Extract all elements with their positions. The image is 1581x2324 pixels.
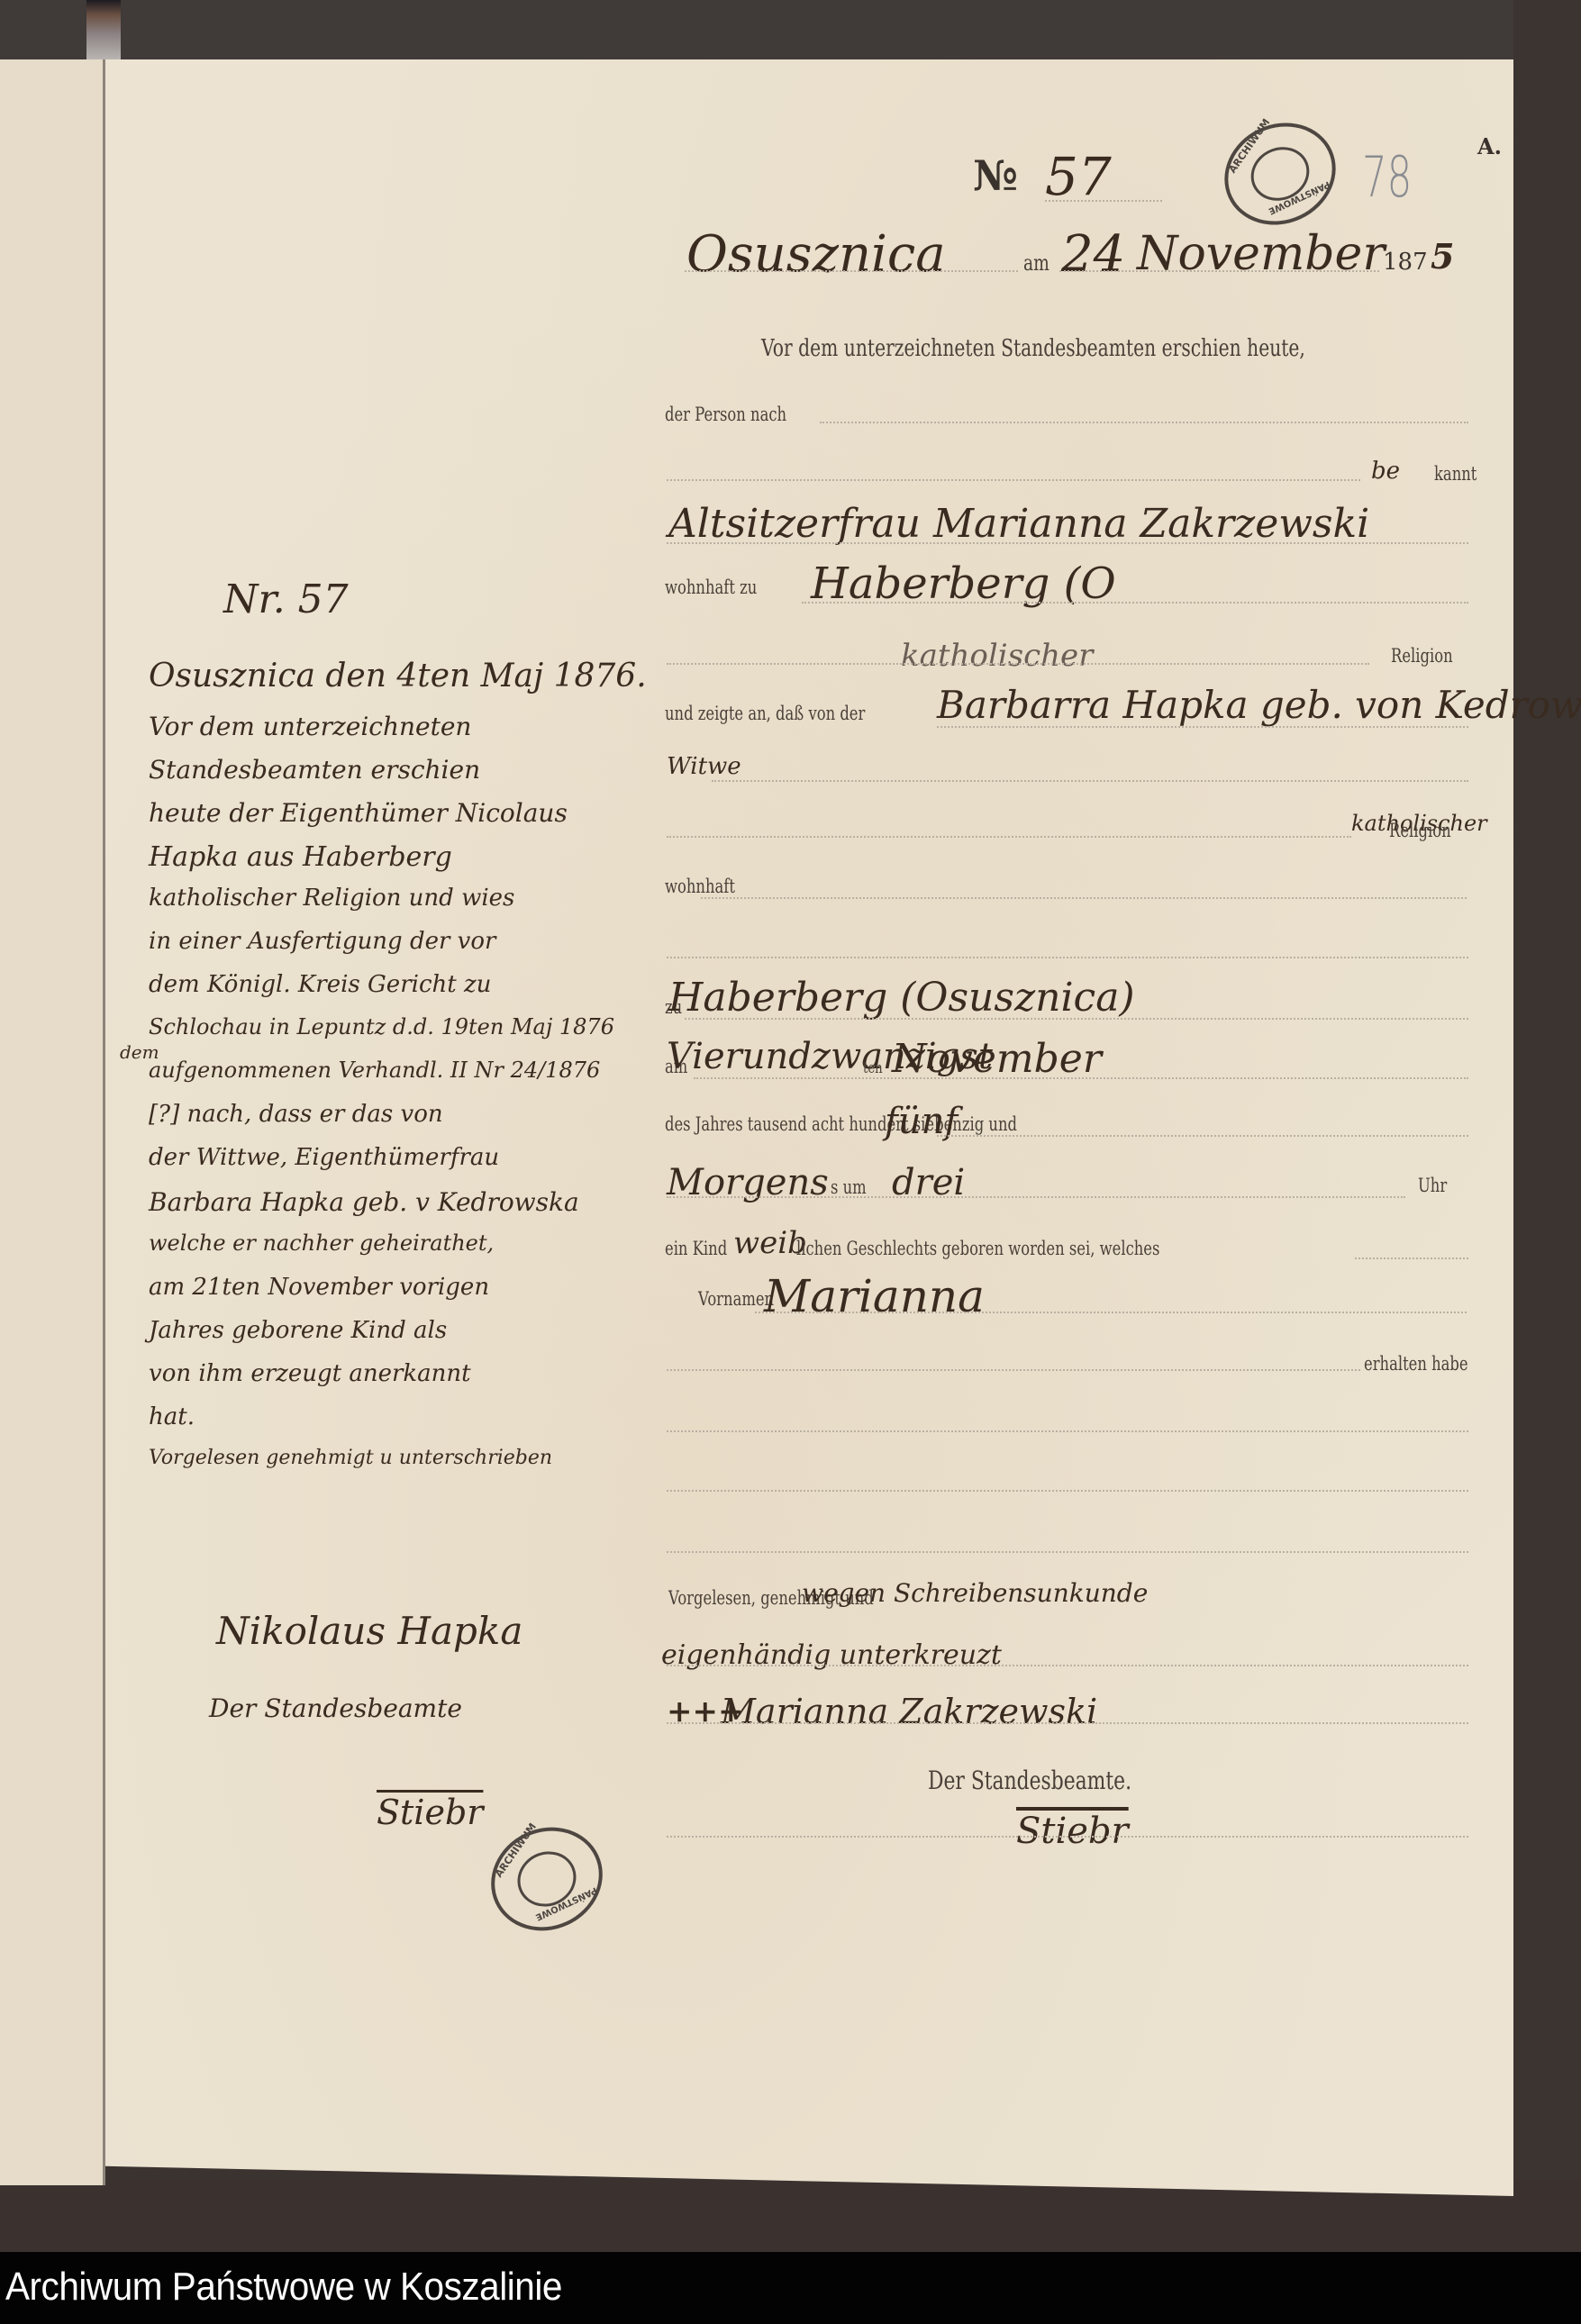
- margin-line: Standesbeamten erschien: [149, 755, 653, 798]
- religion-line: [667, 663, 1369, 665]
- date-month-field: November: [1137, 227, 1385, 281]
- received-label: erhalten habe: [1364, 1353, 1468, 1375]
- form-letter: A.: [1477, 133, 1502, 159]
- ten-label: ten: [863, 1059, 883, 1077]
- birthplace-field: Haberberg (Osusznica): [668, 975, 1135, 1021]
- date-day-field: 24: [1061, 225, 1125, 284]
- blank-line-3: [667, 1551, 1468, 1553]
- place-field: Osusznica: [686, 225, 946, 284]
- record-number-line: [1045, 200, 1162, 202]
- margin-line: in einer Ausfertigung der vor: [149, 928, 653, 971]
- known-field: be: [1371, 458, 1400, 485]
- margin-line: der Wittwe, Eigenthümerfrau: [149, 1144, 653, 1187]
- year-prefix: 187: [1383, 249, 1428, 276]
- religion-field: katholischer: [901, 638, 1093, 674]
- margin-line: Jahres geborene Kind als: [149, 1317, 653, 1360]
- year-line: [937, 1135, 1468, 1137]
- resident-line: [802, 602, 1468, 604]
- margin-line: Vorgelesen genehmigt u unterschrieben: [149, 1447, 653, 1490]
- name-label: Vornamen: [698, 1288, 774, 1310]
- margin-line: Barbara Hapka geb. v Kedrowska: [149, 1187, 653, 1230]
- signature-line: [667, 1722, 1468, 1724]
- margin-line: am 21ten November vorigen: [149, 1274, 653, 1317]
- margin-record-number: Nr. 57: [223, 576, 349, 622]
- margin-line: katholischer Religion und wies: [149, 885, 653, 928]
- place-line: [685, 270, 1018, 272]
- child-label-2: lichen Geschlechts geboren worden sei, w…: [796, 1238, 1159, 1259]
- mother-status-line: [712, 780, 1468, 782]
- date-line: [1059, 270, 1379, 272]
- intro-text: Vor dem unterzeichneten Standesbeamten e…: [761, 335, 1305, 362]
- known-label: kannt: [1434, 463, 1477, 485]
- book-spine: [86, 0, 121, 59]
- record-number: 57: [1045, 146, 1112, 207]
- religion-label: Religion: [1391, 645, 1453, 667]
- reported-label: und zeigte an, daß von der: [665, 703, 865, 724]
- informant-field: Altsitzerfrau Marianna Zakrzewski: [668, 501, 1369, 547]
- registrar-signature: Stiebr: [1016, 1811, 1129, 1852]
- blank-line-1: [667, 1430, 1468, 1432]
- archive-page-number: 78: [1362, 144, 1412, 210]
- margin-registrar-signature: Stiebr: [377, 1793, 483, 1832]
- scan-frame-top: [0, 0, 1581, 59]
- received-line: [667, 1369, 1360, 1371]
- uhr-label: Uhr: [1418, 1175, 1447, 1196]
- margin-line: [?] nach, dass er das von: [149, 1101, 653, 1144]
- margin-line: Hapka aus Haberberg: [149, 841, 653, 885]
- religion2-label: Religion: [1389, 820, 1451, 841]
- known-line: [667, 479, 1360, 481]
- margin-line: welche er nachher geheirathet,: [149, 1230, 653, 1274]
- birth-month-field: November: [892, 1036, 1102, 1082]
- informant-line: [667, 542, 1468, 544]
- s-um-label: s um: [831, 1176, 867, 1198]
- margin-line: hat.: [149, 1403, 653, 1447]
- margin-line: Vor dem unterzeichneten: [149, 712, 653, 755]
- archive-caption: Archiwum Państwowe w Koszalinie: [5, 2265, 562, 2310]
- mother-status-field: Witwe: [667, 753, 741, 780]
- registrar-line: [667, 1836, 1468, 1838]
- mother-field: Barbarra Hapka geb. von Kedrowska: [937, 683, 1581, 727]
- resident2-label: wohnhaft: [665, 876, 735, 897]
- record-number-label: №: [973, 151, 1018, 200]
- time-line: [667, 1196, 1405, 1198]
- resident2-line-2: [667, 957, 1468, 958]
- resident2-line: [701, 897, 1467, 899]
- person-label: der Person nach: [665, 404, 786, 425]
- read-field: wegen Schreibensunkunde: [802, 1578, 1148, 1608]
- resident-label: wohnhaft zu: [665, 576, 757, 598]
- margin-line: von ihm erzeugt anerkannt: [149, 1360, 653, 1403]
- signed-line: [667, 1665, 1468, 1666]
- religion2-line: [667, 836, 1351, 838]
- child-label-1: ein Kind: [665, 1238, 727, 1259]
- margin-signature: Nikolaus Hapka: [216, 1609, 522, 1653]
- year-text-label: des Jahres tausend acht hundert siebenzi…: [665, 1113, 1017, 1135]
- child-name-field: Marianna: [764, 1270, 985, 1322]
- margin-line: Schlochau in Lepuntz d.d. 19ten Maj 1876: [149, 1014, 653, 1058]
- registrar-label: Der Standesbeamte.: [928, 1766, 1131, 1795]
- informant-signature: Marianna Zakrzewski: [721, 1692, 1097, 1731]
- previous-page-edge: [0, 59, 104, 2185]
- year-suffix-field: 5: [1431, 236, 1454, 277]
- am-label: am: [1023, 250, 1049, 276]
- page-fold-line: [103, 59, 105, 2185]
- margin-line: Osusznica den 4ten Maj 1876.: [149, 658, 653, 712]
- child-name-line: [755, 1312, 1467, 1313]
- birthplace-line: [685, 1018, 1468, 1020]
- birth-date-line: [694, 1077, 1468, 1079]
- person-line: [820, 422, 1468, 423]
- margin-line: dem Königl. Kreis Gericht zu: [149, 971, 653, 1014]
- scan-frame-right: [1513, 0, 1581, 2252]
- margin-line: heute der Eigenthümer Nicolaus: [149, 798, 653, 841]
- margin-line: aufgenommenen Verhandl. II Nr 24/1876: [149, 1058, 653, 1101]
- margin-registrar-label: Der Standesbeamte: [209, 1693, 462, 1723]
- margin-note: Osusznica den 4ten Maj 1876. Vor dem unt…: [149, 658, 653, 1490]
- mother-line: [937, 726, 1468, 728]
- child-line: [1355, 1257, 1468, 1259]
- blank-line-2: [667, 1490, 1468, 1492]
